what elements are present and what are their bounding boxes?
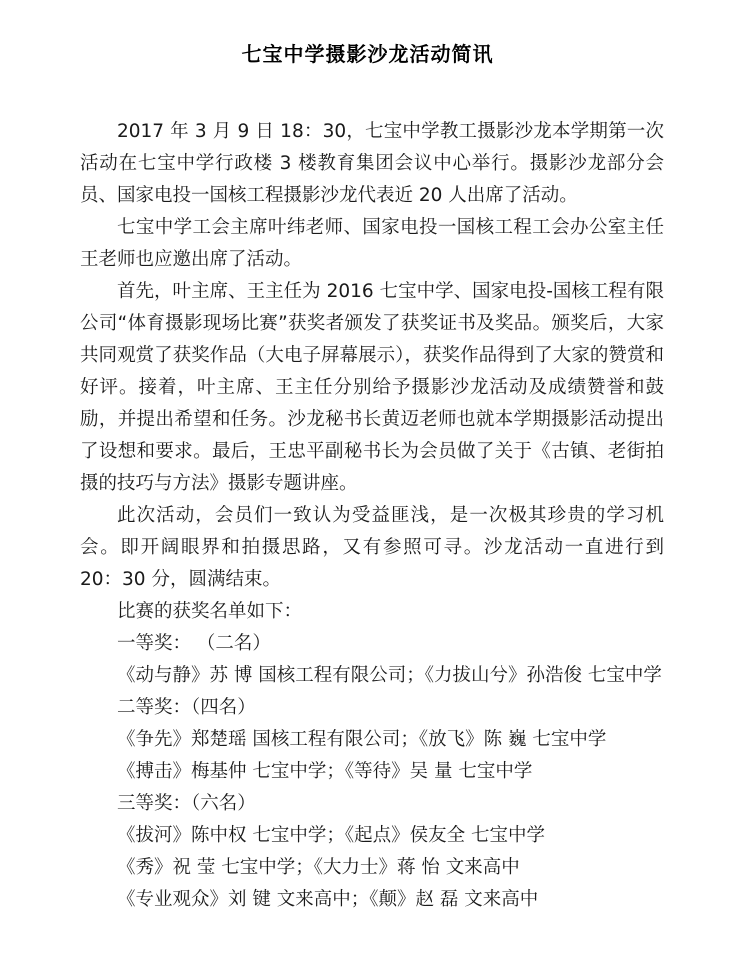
third-prize-winners: 《秀》祝 莹 七宝中学；《大力士》蒋 怡 文来高中	[117, 852, 664, 884]
second-prize-winners: 《争先》郑楚瑶 国核工程有限公司；《放飞》陈 巍 七宝中学	[117, 724, 664, 756]
first-prize-winners: 《动与静》苏 博 国核工程有限公司；《力拔山兮》孙浩俊 七宝中学	[117, 660, 664, 692]
document-title: 七宝中学摄影沙龙活动简讯	[0, 38, 735, 67]
first-prize-heading: 一等奖： （二名）	[117, 628, 664, 660]
third-prize-heading: 三等奖：（六名）	[117, 788, 664, 820]
second-prize-winners: 《搏击》梅基仲 七宝中学；《等待》吴 量 七宝中学	[117, 756, 664, 788]
paragraph-conclusion: 此次活动，会员们一致认为受益匪浅，是一次极其珍贵的学习机会。即开阔眼界和拍摄思路…	[80, 500, 664, 596]
second-prize-heading: 二等奖：（四名）	[117, 692, 664, 724]
awards-list: 比赛的获奖名单如下： 一等奖： （二名） 《动与静》苏 博 国核工程有限公司；《…	[80, 596, 664, 916]
paragraph-attendees: 七宝中学工会主席叶纬老师、国家电投一国核工程工会办公室主任王老师也应邀出席了活动…	[80, 212, 664, 276]
awards-intro: 比赛的获奖名单如下：	[117, 596, 664, 628]
third-prize-winners: 《拔河》陈中权 七宝中学；《起点》侯友全 七宝中学	[117, 820, 664, 852]
document-page: 七宝中学摄影沙龙活动简讯 2017 年 3 月 9 日 18：30，七宝中学教工…	[0, 0, 735, 954]
third-prize-winners: 《专业观众》刘 键 文来高中；《颠》赵 磊 文来高中	[117, 884, 664, 916]
document-body: 2017 年 3 月 9 日 18：30，七宝中学教工摄影沙龙本学期第一次活动在…	[80, 116, 664, 916]
paragraph-ceremony: 首先，叶主席、王主任为 2016 七宝中学、国家电投-国核工程有限公司“体育摄影…	[80, 276, 664, 500]
paragraph-event-intro: 2017 年 3 月 9 日 18：30，七宝中学教工摄影沙龙本学期第一次活动在…	[80, 116, 664, 212]
